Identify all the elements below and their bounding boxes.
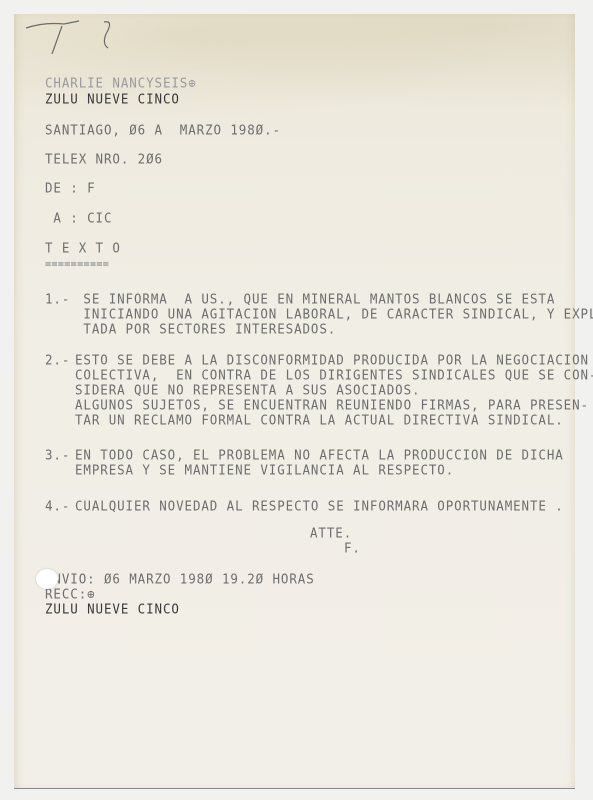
signature: F. <box>344 540 361 556</box>
to-line: A : CIC <box>45 210 112 226</box>
paragraph-3-line-1: EN TODO CASO, EL PROBLEMA NO AFECTA LA P… <box>75 447 564 463</box>
paragraph-3-line-2: EMPRESA Y SE MANTIENE VIGILANCIA AL RESP… <box>75 462 454 478</box>
sender-name: ZULU NUEVE CINCO <box>45 91 180 107</box>
handwritten-scribble-icon <box>24 16 134 56</box>
paragraph-2-line-2: COLECTIVA, EN CONTRA DE LOS DIRIGENTES S… <box>75 367 593 383</box>
paragraph-2-line-5: TAR UN RECLAMO FORMAL CONTRA LA ACTUAL D… <box>75 412 564 428</box>
punch-hole <box>36 569 58 589</box>
paragraph-2-line-3: SIDERA QUE NO REPRESENTA A SUS ASOCIADOS… <box>75 382 420 398</box>
paragraph-1-line-1: SE INFORMA A US., QUE EN MINERAL MANTOS … <box>75 291 555 307</box>
text-heading: T E X T O <box>45 240 121 256</box>
paragraph-2-line-4: ALGUNOS SUJETOS, SE ENCUENTRAN REUNIENDO… <box>75 397 589 413</box>
closing: ATTE. <box>310 525 352 541</box>
received-line: RECC:⊕ <box>45 586 96 602</box>
paragraph-1-line-2: INICIANDO UNA AGITACION LABORAL, DE CARA… <box>75 306 593 322</box>
paragraph-1-number: 1.- <box>45 291 70 307</box>
from-line: DE : F <box>45 180 96 196</box>
text-underline: ========== <box>45 257 109 273</box>
sender-code: CHARLIE NANCYSEIS⊕ <box>45 75 197 91</box>
paragraph-2-line-1: ESTO SE DEBE A LA DISCONFORMIDAD PRODUCI… <box>75 352 589 368</box>
paragraph-4-number: 4.- <box>45 498 70 514</box>
sent-line: ENVIO: Ø6 MARZO 198Ø 19.2Ø HORAS <box>45 571 315 587</box>
paragraph-4-line-1: CUALQUIER NOVEDAD AL RESPECTO SE INFORMA… <box>75 498 564 514</box>
date-line: SANTIAGO, Ø6 A MARZO 198Ø.- <box>45 122 281 138</box>
paragraph-2-number: 2.- <box>45 352 70 368</box>
paragraph-3-number: 3.- <box>45 447 70 463</box>
telex-number: TELEX NRO. 2Ø6 <box>45 151 163 167</box>
receiver-name: ZULU NUEVE CINCO <box>45 601 180 617</box>
paragraph-1-line-3: TADA POR SECTORES INTERESADOS. <box>75 321 336 337</box>
telex-page: CHARLIE NANCYSEIS⊕ ZULU NUEVE CINCO SANT… <box>14 14 575 789</box>
